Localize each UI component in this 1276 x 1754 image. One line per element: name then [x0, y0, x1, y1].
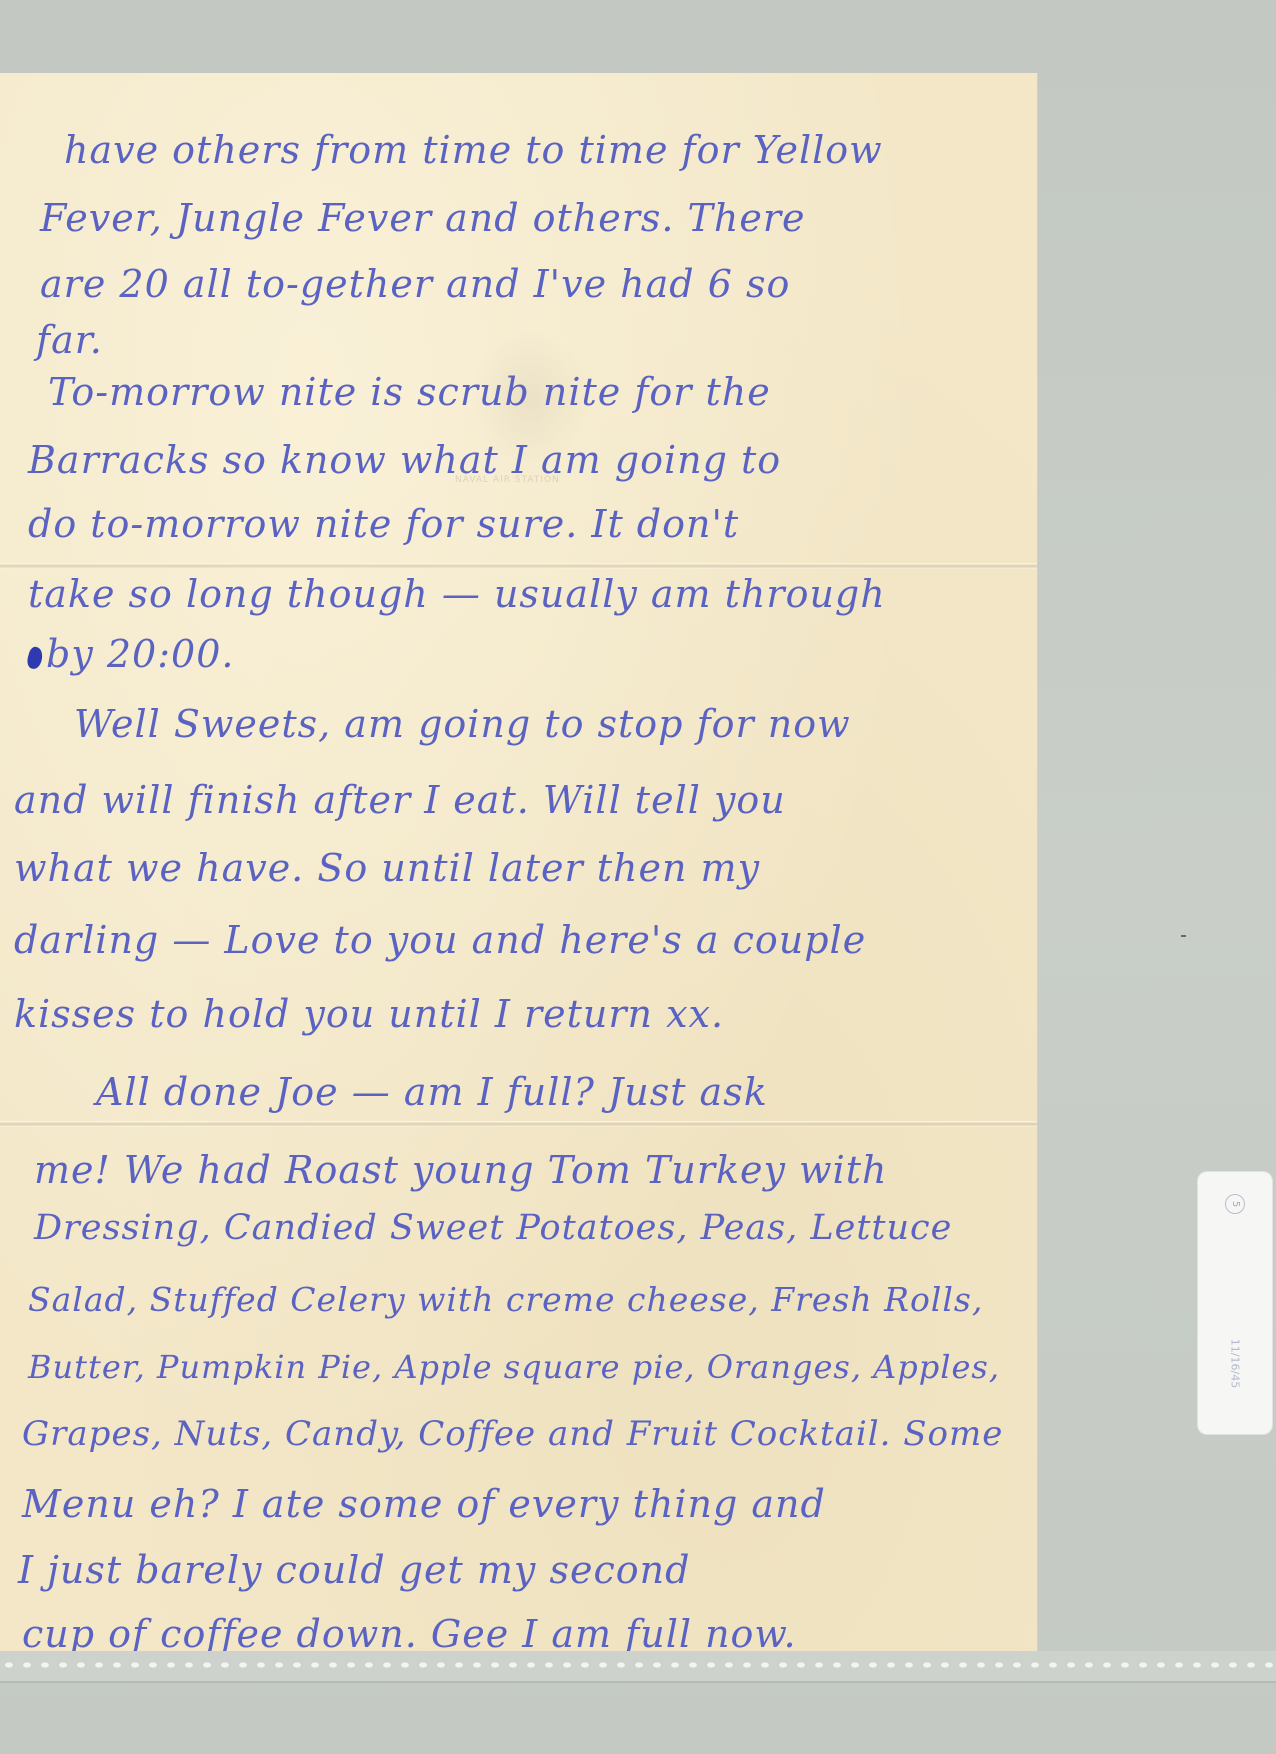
letter-line-16: me! We had Roast young Tom Turkey with	[34, 1148, 887, 1192]
letter-line-3: are 20 all to-gether and I've had 6 so	[40, 262, 790, 306]
stray-mark	[1181, 935, 1186, 937]
letter-line-13: darling — Love to you and here's a coupl…	[14, 918, 866, 962]
letter-line-9: by 20:00.	[28, 632, 234, 676]
letter-line-6: Barracks so know what I am going to	[28, 438, 781, 482]
archive-label-tab: 5 11/16/45	[1198, 1172, 1272, 1434]
letter-line-5: To-morrow nite is scrub nite for the	[48, 370, 771, 414]
fold-crease-upper	[0, 563, 1037, 569]
fold-crease-lower	[0, 1121, 1037, 1127]
letter-line-2: Fever, Jungle Fever and others. There	[40, 196, 806, 240]
letter-line-18: Salad, Stuffed Celery with creme cheese,…	[28, 1280, 983, 1319]
label-date-note: 11/16/45	[1229, 1327, 1242, 1401]
letter-line-8: take so long though — usually am through	[28, 572, 886, 616]
letter-line-20: Grapes, Nuts, Candy, Coffee and Fruit Co…	[22, 1414, 1003, 1454]
letter-line-7: do to-morrow nite for sure. It don't	[28, 502, 739, 546]
ink-blot	[25, 645, 44, 670]
letter-line-10: Well Sweets, am going to stop for now	[74, 702, 851, 746]
letter-line-23: cup of coffee down. Gee I am full now.	[22, 1612, 797, 1656]
letter-line-4: far.	[36, 318, 103, 362]
sleeve-perforation	[0, 1659, 1276, 1671]
letter-line-19: Butter, Pumpkin Pie, Apple square pie, O…	[28, 1348, 1000, 1386]
letter-line-9-text: by 20:00.	[46, 632, 234, 676]
letter-line-12: what we have. So until later then my	[14, 846, 760, 890]
letter-line-17: Dressing, Candied Sweet Potatoes, Peas, …	[34, 1208, 952, 1248]
letter-line-15: All done Joe — am I full? Just ask	[96, 1070, 768, 1114]
letter-line-11: and will finish after I eat. Will tell y…	[14, 778, 786, 822]
page-number-circle: 5	[1225, 1194, 1245, 1214]
letter-line-22: I just barely could get my second	[18, 1548, 690, 1592]
letter-line-14: kisses to hold you until I return xx.	[14, 992, 724, 1036]
letter-line-21: Menu eh? I ate some of every thing and	[22, 1482, 826, 1526]
archival-sleeve-edge	[0, 1651, 1276, 1683]
letter-line-1: have others from time to time for Yellow	[64, 128, 883, 172]
